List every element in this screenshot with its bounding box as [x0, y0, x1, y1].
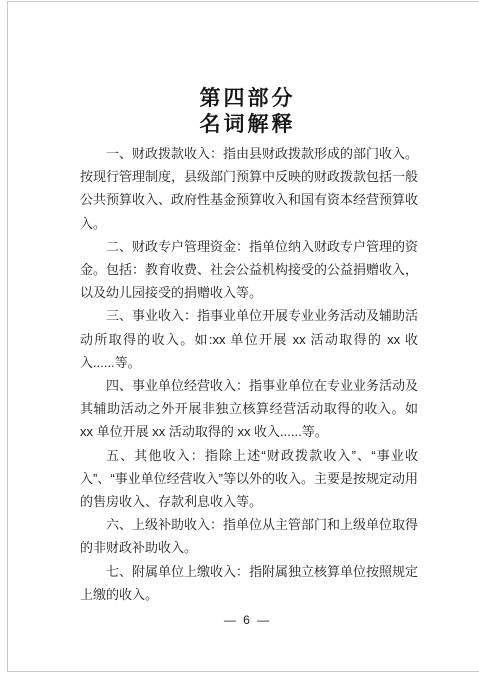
document-page: 第四部分 名词解释 一、财政拨款收入：指由县财政拨款形成的部门收入。按现行管理制… — [7, 1, 479, 672]
glossary-body: 一、财政拨款收入：指由县财政拨款形成的部门收入。按现行管理制度，县级部门预算中反… — [80, 142, 418, 606]
glossary-paragraph-1: 一、财政拨款收入：指由县财政拨款形成的部门收入。按现行管理制度，县级部门预算中反… — [80, 142, 418, 235]
glossary-paragraph-3: 三、事业收入：指事业单位开展专业业务活动及辅助活动所取得的收入。如:xx 单位开… — [80, 304, 418, 374]
glossary-paragraph-6: 六、上级补助收入：指单位从主管部门和上级单位取得的非财政补助收入。 — [80, 513, 418, 559]
glossary-paragraph-4: 四、事业单位经营收入：指事业单位在专业业务活动及其辅助活动之外开展非独立核算经营… — [80, 374, 418, 444]
part-title-line1: 第四部分 — [200, 87, 296, 110]
page-number: — 6 — — [8, 613, 479, 627]
part-title-line2: 名词解释 — [200, 113, 296, 136]
glossary-paragraph-7: 七、附属单位上缴收入：指附属独立核算单位按照规定上缴的收入。 — [80, 560, 418, 606]
glossary-paragraph-5: 五、其他收入：指除上述“财政拨款收入”、“事业收入”、“事业单位经营收入”等以外… — [80, 444, 418, 514]
part-title: 第四部分 名词解释 — [8, 86, 479, 138]
glossary-paragraph-2: 二、财政专户管理资金：指单位纳入财政专户管理的资金。包括：教育收费、社会公益机构… — [80, 235, 418, 305]
